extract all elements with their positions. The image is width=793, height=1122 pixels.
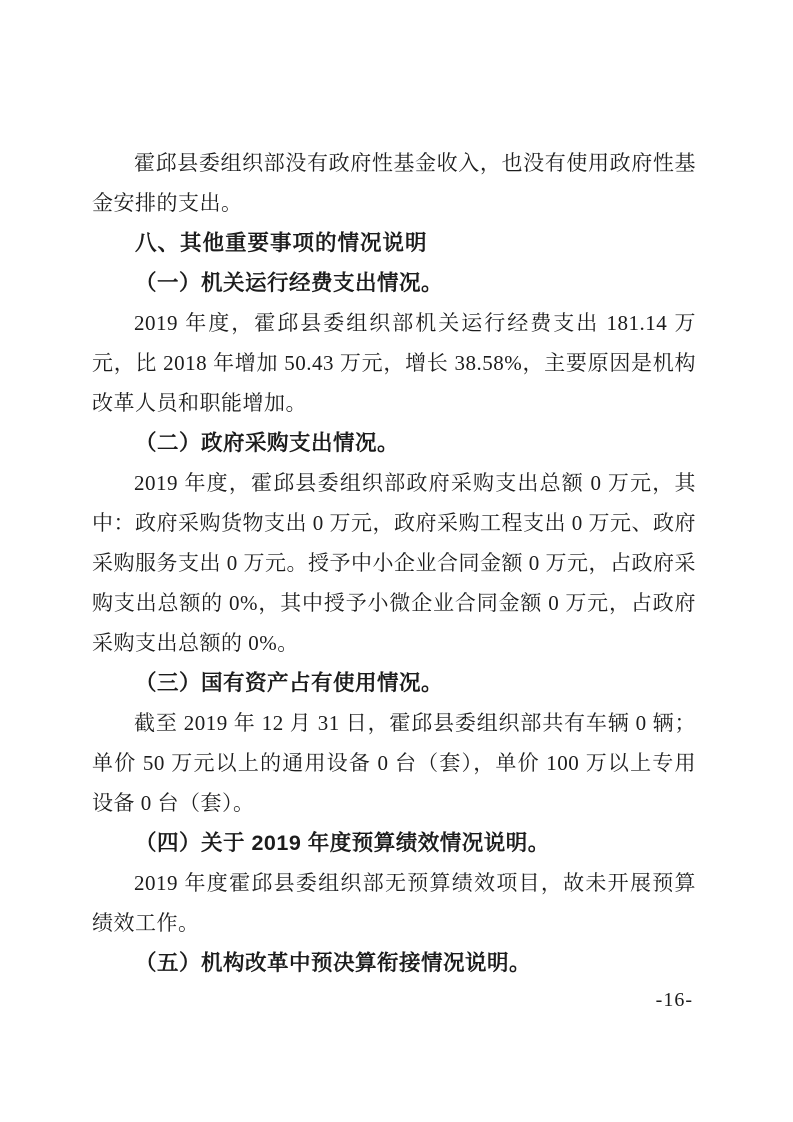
subsection-heading-operating-expense: （一）机关运行经费支出情况。 — [92, 263, 696, 303]
subsection-heading-procurement: （二）政府采购支出情况。 — [92, 423, 696, 463]
paragraph-gov-fund-note: 霍邱县委组织部没有政府性基金收入，也没有使用政府性基金安排的支出。 — [92, 143, 696, 223]
subsection-heading-reform-linkage: （五）机构改革中预决算衔接情况说明。 — [92, 943, 696, 983]
paragraph-operating-expense: 2019 年度，霍邱县委组织部机关运行经费支出 181.14 万元，比 2018… — [92, 303, 696, 423]
document-body: 霍邱县委组织部没有政府性基金收入，也没有使用政府性基金安排的支出。 八、其他重要… — [92, 143, 696, 983]
document-page: 霍邱县委组织部没有政府性基金收入，也没有使用政府性基金安排的支出。 八、其他重要… — [0, 0, 793, 1122]
section-heading-other-matters: 八、其他重要事项的情况说明 — [92, 223, 696, 263]
paragraph-procurement: 2019 年度，霍邱县委组织部政府采购支出总额 0 万元，其中：政府采购货物支出… — [92, 463, 696, 663]
subsection-heading-state-assets: （三）国有资产占有使用情况。 — [92, 663, 696, 703]
paragraph-budget-performance: 2019 年度霍邱县委组织部无预算绩效项目，故未开展预算绩效工作。 — [92, 863, 696, 943]
paragraph-state-assets: 截至 2019 年 12 月 31 日，霍邱县委组织部共有车辆 0 辆；单价 5… — [92, 703, 696, 823]
subsection-heading-budget-performance: （四）关于 2019 年度预算绩效情况说明。 — [92, 823, 696, 863]
page-number: -16- — [656, 988, 693, 1012]
